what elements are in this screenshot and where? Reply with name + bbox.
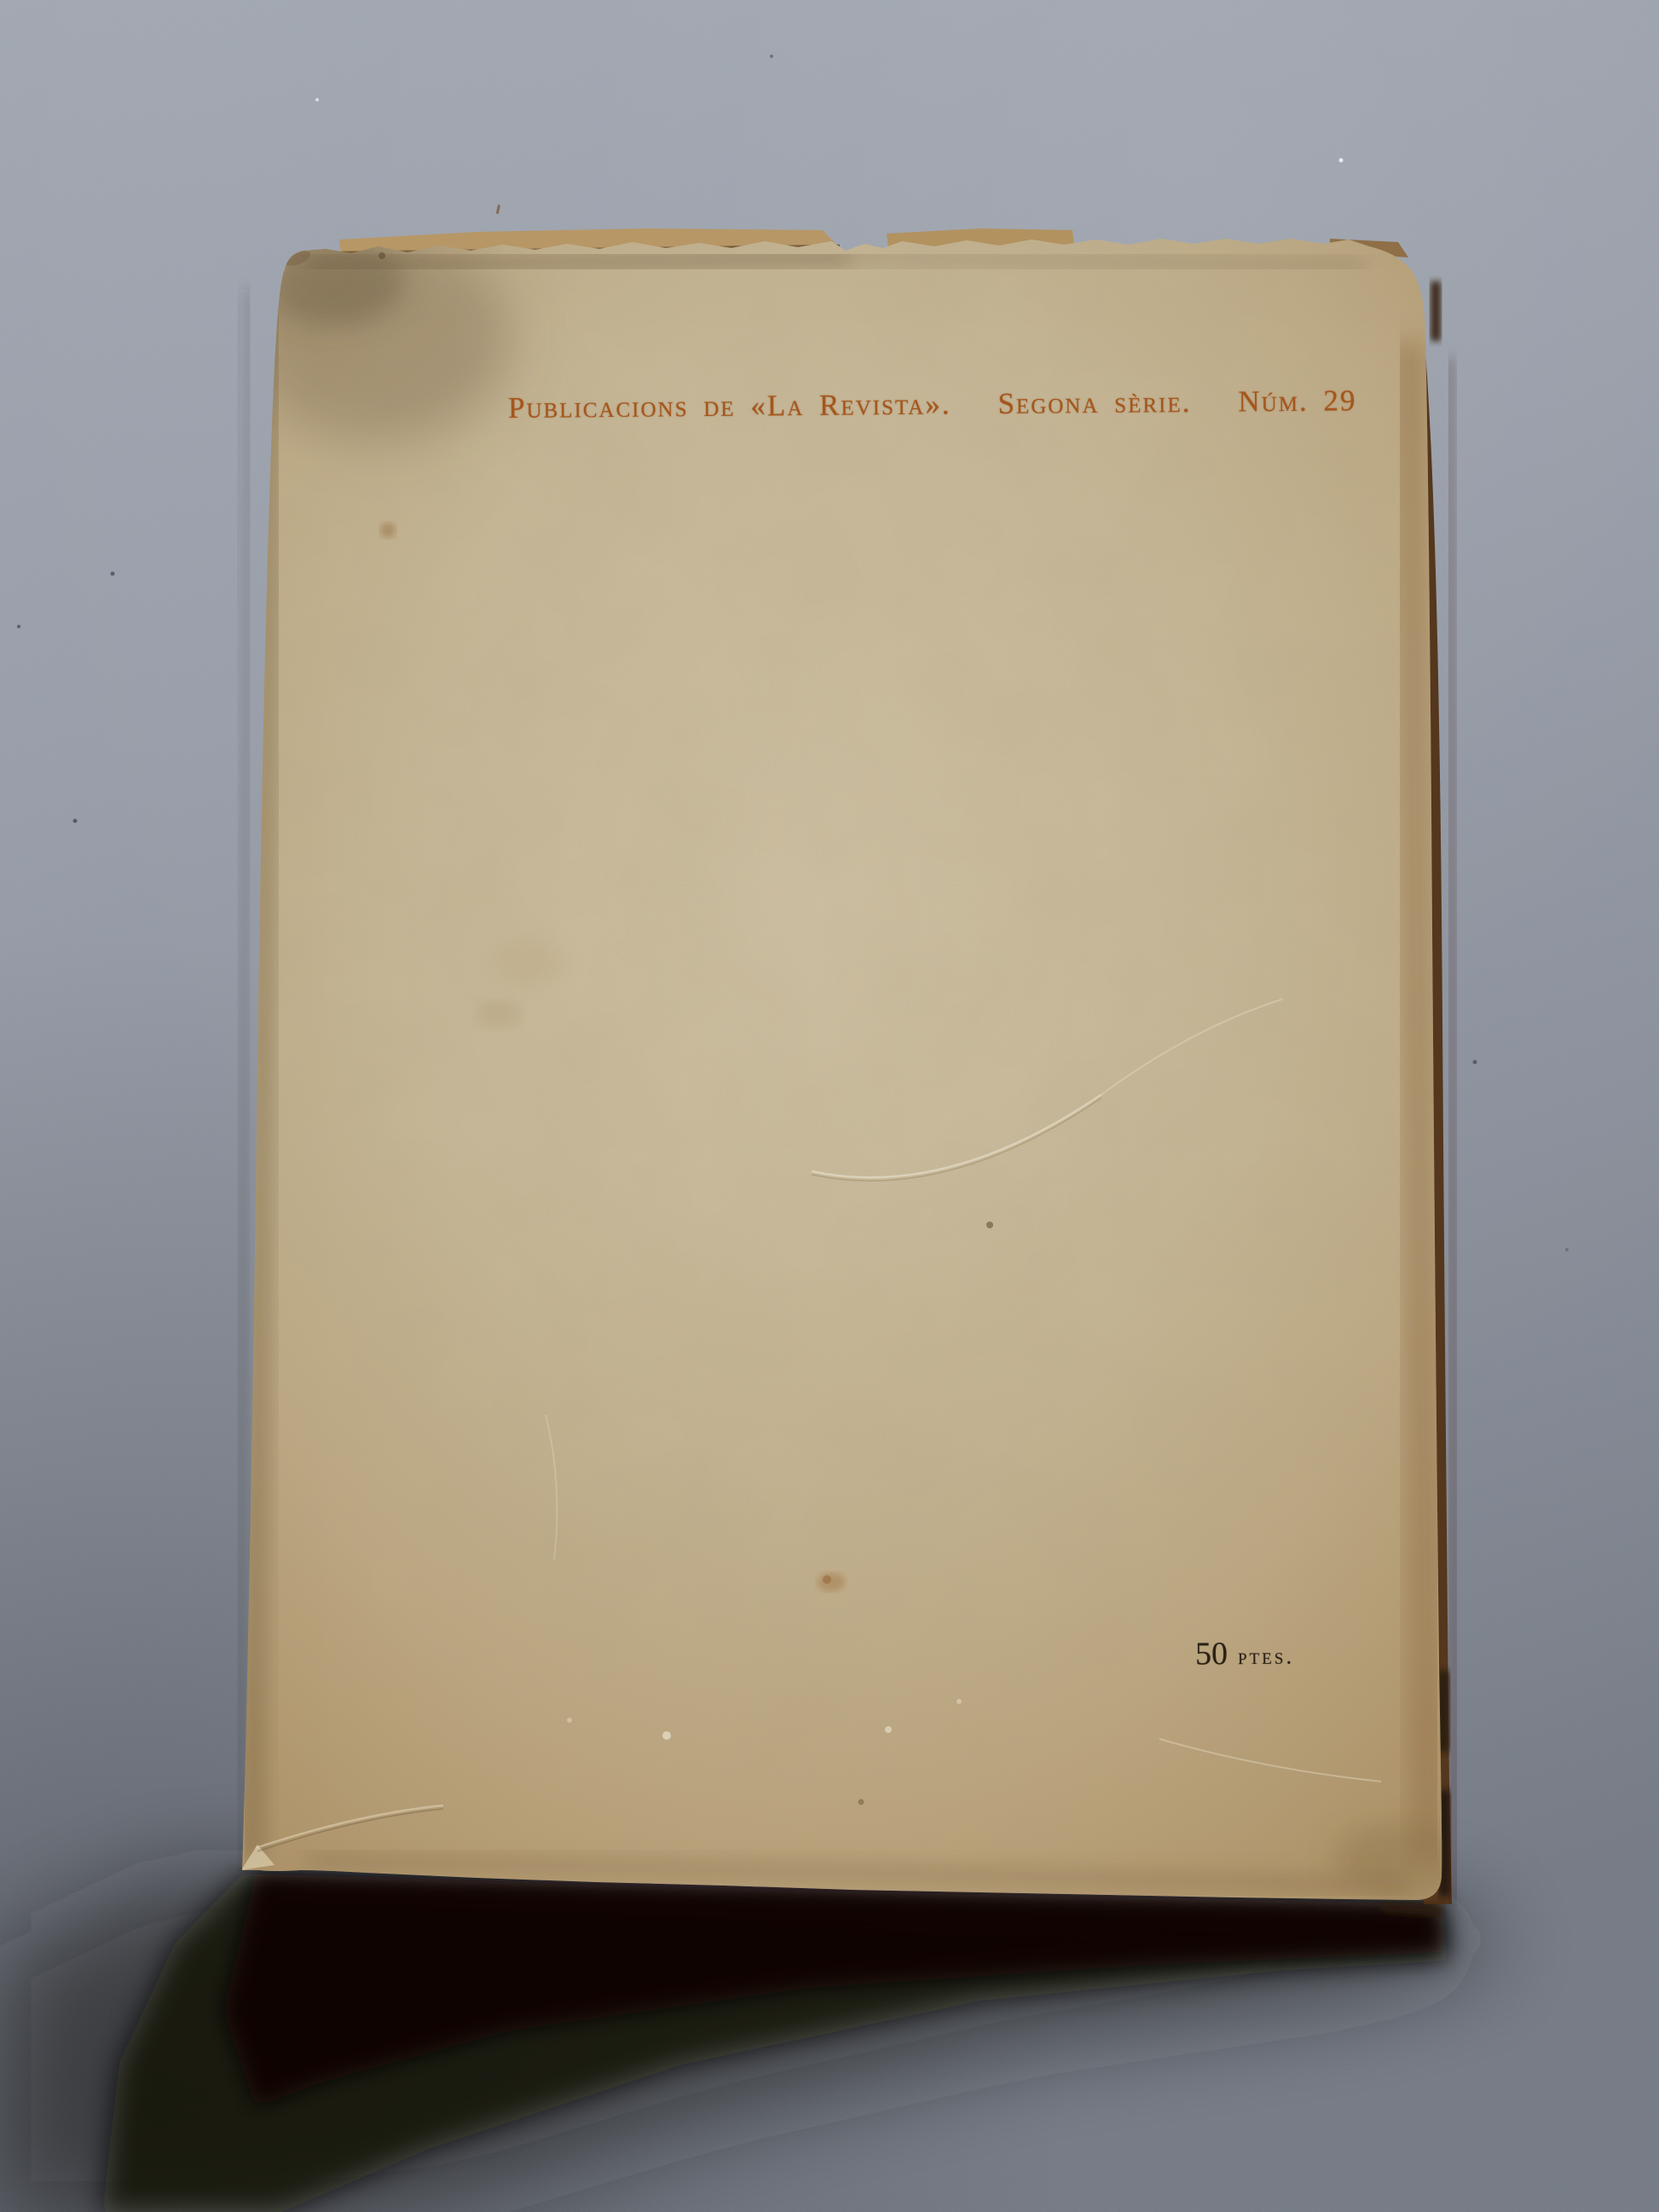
price-label: 50 ptes. <box>1195 1637 1294 1670</box>
book-photo-scene: Publicacions de «La Revista». Segona sèr… <box>0 0 1659 2212</box>
price-unit-text: ptes. <box>1238 1644 1294 1668</box>
issue-number-text: Núm. 29 <box>1238 385 1356 416</box>
publisher-text: Publicacions de «La Revista». <box>508 389 951 423</box>
price-amount-text: 50 <box>1195 1637 1228 1670</box>
photo-svg <box>0 0 1659 2212</box>
series-text: Segona sèrie. <box>997 387 1191 419</box>
